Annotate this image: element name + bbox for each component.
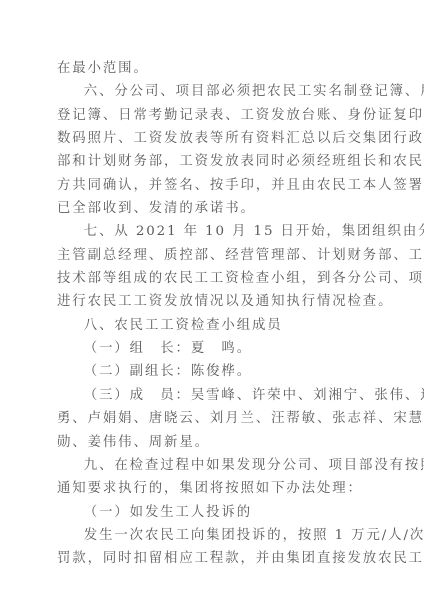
text-line: 方共同确认，并签名、按手印，并且由农民工本人签署工资 xyxy=(57,174,355,197)
text-line: 勋、姜伟伟、周新星。 xyxy=(57,431,355,454)
text-line: 发生一次农民工向集团投诉的，按照 1 万元/人/次进行 xyxy=(57,524,355,547)
text-line: 罚款，同时扣留相应工程款，并由集团直接发放农民工工资。 xyxy=(57,547,355,570)
section-9-heading-line: 九、在检查过程中如果发现分公司、项目部没有按照本 xyxy=(57,454,355,477)
section-8-heading: 八、农民工工资检查小组成员 xyxy=(57,314,355,337)
text-line: 数码照片、工资发放表等所有资料汇总以后交集团行政人事 xyxy=(57,127,355,150)
text-line: 进行农民工工资发放情况以及通知执行情况检查。 xyxy=(57,290,355,313)
text-line: 部和计划财务部，工资发放表同时必须经班组长和农民工双 xyxy=(57,150,355,173)
text-line: 技术部等组成的农民工工资检查小组，到各分公司、项目部 xyxy=(57,267,355,290)
members-line: （三）成 员：吴雪峰、许荣中、刘湘宁、张伟、边小 xyxy=(57,384,355,407)
text-line: 通知要求执行的，集团将按照如下办法处理： xyxy=(57,477,355,500)
text-line: 登记簿、日常考勤记录表、工资发放台账、身份证复印件、 xyxy=(57,104,355,127)
subsection-heading: （一）如发生工人投诉的 xyxy=(57,501,355,524)
text-line: 勇、卢娟娟、唐晓云、刘月兰、汪帮敏、张志祥、宋慧、王 xyxy=(57,407,355,430)
section-6-heading-line: 六、分公司、项目部必须把农民工实名制登记簿、用工 xyxy=(57,80,355,103)
team-leader-line: （一）组 长：夏 鸣。 xyxy=(57,337,355,360)
deputy-leader-line: （二）副组长：陈俊桦。 xyxy=(57,360,355,383)
document-page: 在最小范围。 六、分公司、项目部必须把农民工实名制登记簿、用工 登记簿、日常考勤… xyxy=(57,57,355,571)
text-line: 已全部收到、发清的承诺书。 xyxy=(57,197,355,220)
text-line: 主管副总经理、质控部、经营管理部、计划财务部、工程部、 xyxy=(57,244,355,267)
text-line: 在最小范围。 xyxy=(57,57,355,80)
section-7-heading-line: 七、从 2021 年 10 月 15 日开始，集团组织由分管董事、 xyxy=(57,220,355,243)
